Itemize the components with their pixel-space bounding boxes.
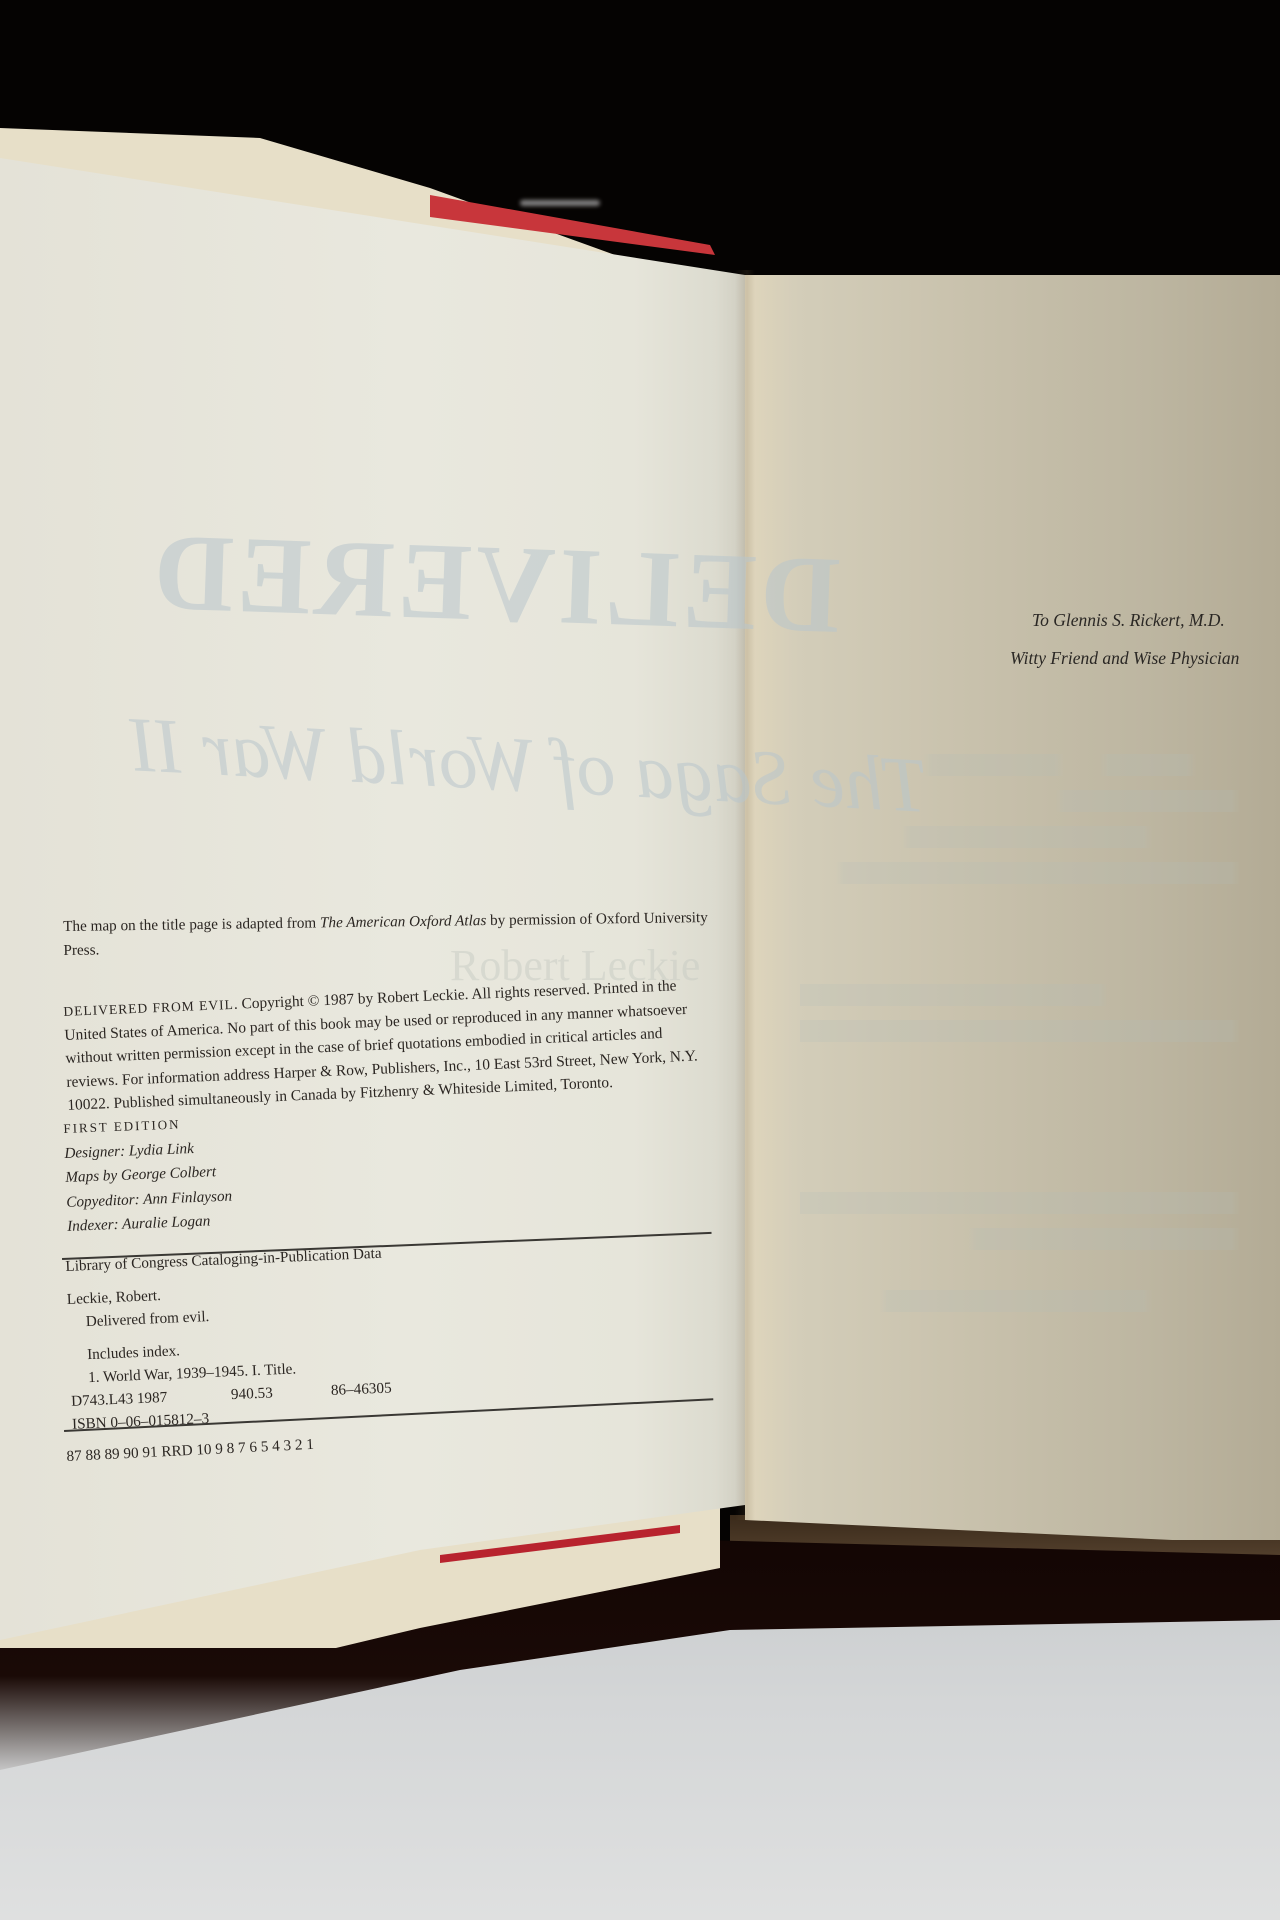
show-through-title: DELIVERED <box>148 508 842 659</box>
map-note-text: The map on the title page is adapted fro… <box>63 914 320 935</box>
show-through-right-page <box>800 740 1240 1440</box>
atlas-title: The American Oxford Atlas <box>320 912 487 931</box>
cip-data-block: Library of Congress Cataloging-in-Public… <box>65 1228 722 1436</box>
dedication-line-2: Witty Friend and Wise Physician <box>1010 648 1239 669</box>
light-glare <box>520 200 600 206</box>
credit-designer: Designer: Lydia Link <box>64 1140 194 1162</box>
map-credit-note: The map on the title page is adapted fro… <box>63 906 714 963</box>
credits-block: FIRST EDITION Designer: Lydia Link Maps … <box>63 1092 717 1239</box>
credit-maps: Maps by George Colbert <box>65 1163 216 1186</box>
dedication-line-1: To Glennis S. Rickert, M.D. <box>1032 610 1225 631</box>
credit-indexer: Indexer: Auralie Logan <box>67 1212 211 1234</box>
lccn: 86–46305 <box>330 1376 392 1402</box>
dewey-number: 940.53 <box>231 1379 332 1406</box>
credit-copyeditor: Copyeditor: Ann Finlayson <box>66 1187 232 1210</box>
copyright-text: . Copyright © 1987 by Robert Leckie. All… <box>64 977 698 1114</box>
gutter-shadow <box>735 270 755 1520</box>
book-title-smallcaps: DELIVERED FROM EVIL <box>63 997 234 1019</box>
book-photo: DELIVERED The Saga of World War II Rober… <box>0 0 1280 1920</box>
